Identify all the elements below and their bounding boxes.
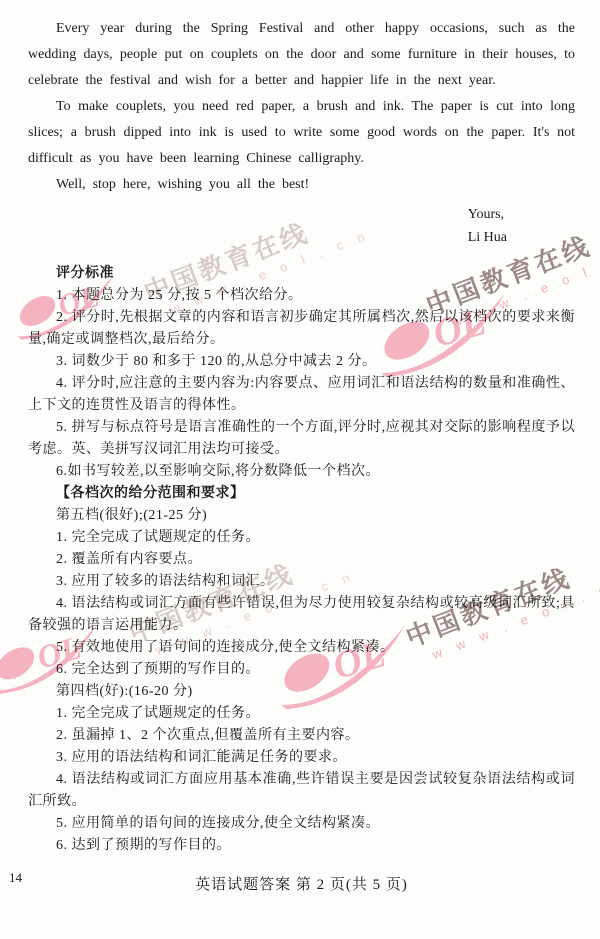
band-item: 2. 虽漏掉 1、2 个次重点,但覆盖所有主要内容。: [28, 725, 575, 747]
scoring-rule: 3. 词数少于 80 和多于 120 的,从总分中减去 2 分。: [28, 351, 575, 373]
signature-closing: Yours,: [468, 203, 507, 226]
signature-block: Yours, Li Hua: [468, 203, 507, 249]
bands-header: 【各档次的给分范围和要求】: [28, 483, 575, 505]
band-item: 2. 覆盖所有内容要点。: [28, 549, 575, 571]
page-content: Every year during the Spring Festival an…: [0, 0, 600, 894]
scoring-rule: 6.如书写较差,以至影响交际,将分数降低一个档次。: [28, 461, 575, 483]
band-item: 4. 语法结构或词汇方面有些许错误,但为尽力使用较复杂结构或较高级词汇所致;具备…: [28, 593, 575, 637]
page-number: 14: [9, 870, 22, 886]
band-item: 3. 应用的语法结构和词汇能满足任务的要求。: [28, 747, 575, 769]
band-item: 5. 有效地使用了语句间的连接成分,使全文结构紧凑。: [28, 637, 575, 659]
scanned-document-page: OL 中国教育在线 w w w . e o l . c n OL 中国教育在线 …: [0, 0, 600, 939]
band-item: 6. 完全达到了预期的写作目的。: [28, 659, 575, 681]
essay-paragraph: Well, stop here, wishing you all the bes…: [28, 172, 575, 198]
scoring-section: 评分标准 1. 本题总分为 25 分,按 5 个档次给分。 2. 评分时,先根据…: [28, 263, 575, 857]
band-item: 6. 达到了预期的写作目的。: [28, 835, 575, 857]
scoring-title: 评分标准: [28, 263, 575, 285]
scoring-rule: 4. 评分时,应注意的主要内容为:内容要点、应用词汇和语法结构的数量和准确性、上…: [28, 373, 575, 417]
essay-section: Every year during the Spring Festival an…: [28, 16, 575, 249]
scoring-rule: 1. 本题总分为 25 分,按 5 个档次给分。: [28, 285, 575, 307]
band-item: 3. 应用了较多的语法结构和词汇。: [28, 571, 575, 593]
band-item: 5. 应用简单的语句间的连接成分,使全文结构紧凑。: [28, 813, 575, 835]
page-footer: 英语试题答案 第 2 页(共 5 页): [28, 873, 575, 894]
signature-name: Li Hua: [468, 226, 507, 249]
band-title: 第五档(很好);(21-25 分): [28, 505, 575, 527]
band-item: 4. 语法结构或词汇方面应用基本准确,些许错误主要是因尝试较复杂语法结构或词汇所…: [28, 769, 575, 813]
band-item: 1. 完全完成了试题规定的任务。: [28, 703, 575, 725]
scoring-rule: 5. 拼写与标点符号是语言准确性的一个方面,评分时,应视其对交际的影响程度予以考…: [28, 417, 575, 461]
essay-paragraph: Every year during the Spring Festival an…: [28, 16, 575, 94]
essay-paragraph: To make couplets, you need red paper, a …: [28, 94, 575, 172]
band-item: 1. 完全完成了试题规定的任务。: [28, 527, 575, 549]
band-title: 第四档(好):(16-20 分): [28, 681, 575, 703]
scoring-rule: 2. 评分时,先根据文章的内容和语言初步确定其所属档次,然后以该档次的要求来衡量…: [28, 307, 575, 351]
